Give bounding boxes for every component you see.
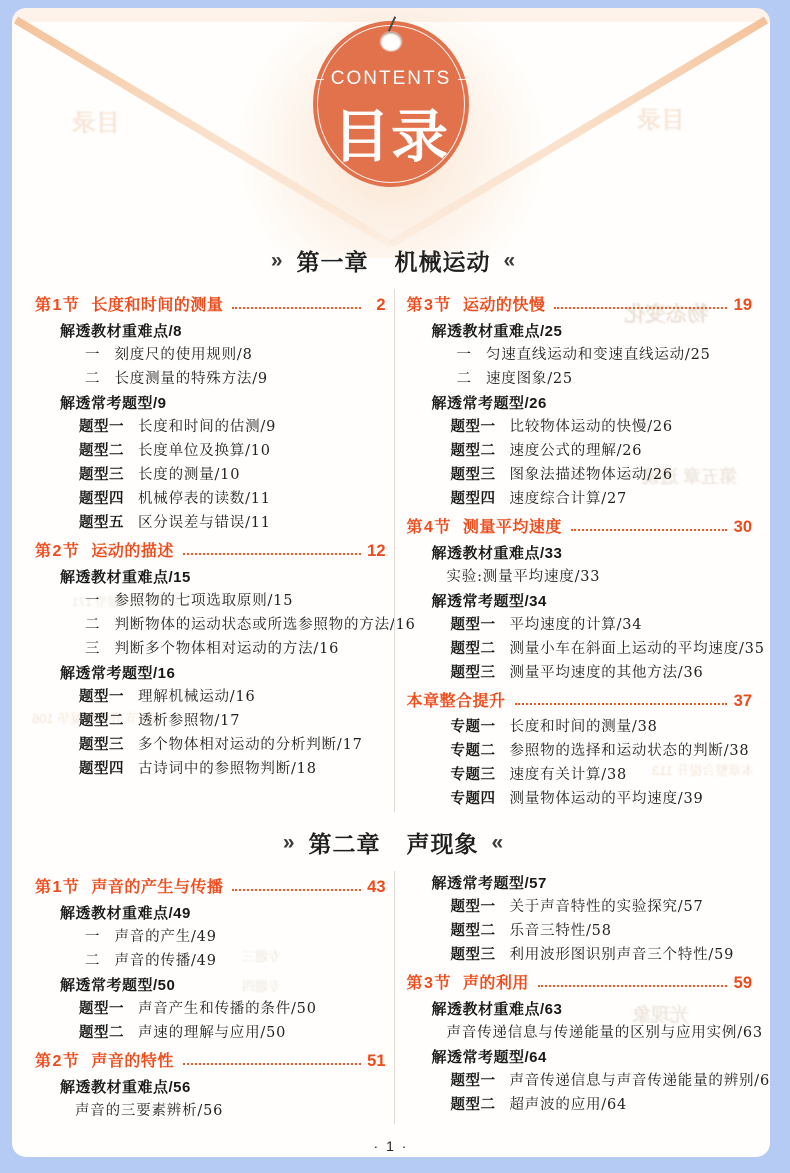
section-label: 第3节 xyxy=(407,294,452,317)
topic-text: 利用波形图识别声音三个特性/59 xyxy=(510,944,735,967)
topic-label: 题型二 xyxy=(451,920,496,943)
page-number: · 1 · xyxy=(12,1138,770,1154)
topic-label: 题型四 xyxy=(451,488,496,511)
section-label: 第1节 xyxy=(35,876,80,899)
section-title: 声音的产生与传播 xyxy=(91,876,223,899)
topic-label: 题型一 xyxy=(451,1070,496,1093)
guillemet-close-icon: « xyxy=(504,249,517,273)
topic-text: 速度公式的理解/26 xyxy=(510,440,643,463)
toc-entry: 一刻度尺的使用规则/8 xyxy=(35,344,386,367)
dotted-leader xyxy=(232,889,360,891)
chapter-name: 机械运动 xyxy=(395,244,491,277)
toc-entry: 题型二乐音三特性/58 xyxy=(407,920,753,943)
item-number: 三 xyxy=(85,638,100,661)
topic-text: 参照物的选择和运动状态的判断/38 xyxy=(510,740,750,763)
section-page-number: 59 xyxy=(732,972,752,995)
toc-entry: 二长度测量的特殊方法/9 xyxy=(35,368,386,391)
topic-label: 题型三 xyxy=(451,662,496,685)
topic-text: 长度的测量/10 xyxy=(138,464,240,487)
chapter-review-title: 本章整合提升 xyxy=(407,690,506,713)
item-text: 速度图象/25 xyxy=(486,368,573,391)
topic-text: 理解机械运动/16 xyxy=(138,686,256,709)
subheading-text: 解透常考题型/64 xyxy=(432,1046,547,1069)
item-text: 声音的传播/49 xyxy=(115,950,217,973)
subheading-text: 解透教材重难点/8 xyxy=(60,320,182,343)
toc-entry: 一声音的产生/49 xyxy=(35,926,386,949)
toc-entry: 本章整合提升37 xyxy=(407,690,753,713)
contents-text: CONTENTS xyxy=(331,68,452,90)
topic-text: 比较物体运动的快慢/26 xyxy=(510,416,673,439)
topic-label: 题型三 xyxy=(451,944,496,967)
toc-entry: 第3节运动的快慢19 xyxy=(407,294,753,317)
section-label: 第3节 xyxy=(407,972,452,995)
toc-entry: 解透常考题型/57 xyxy=(407,872,753,895)
subheading-text: 解透教材重难点/25 xyxy=(432,320,563,343)
toc-entry: 解透教材重难点/63 xyxy=(407,998,753,1021)
toc-entry: 专题四测量物体运动的平均速度/39 xyxy=(407,788,753,811)
contents-tag: CONTENTS 目录 xyxy=(313,21,469,187)
toc-entry: 题型二速度公式的理解/26 xyxy=(407,440,753,463)
toc-entry: 解透常考题型/34 xyxy=(407,590,753,613)
guillemet-open-icon: » xyxy=(283,831,296,855)
toc-column-left: 第1节声音的产生与传播43解透教材重难点/49一声音的产生/49二声音的传播/4… xyxy=(35,871,394,1124)
toc-entry: 解透常考题型/50 xyxy=(35,974,386,997)
dotted-leader xyxy=(183,553,361,555)
topic-label: 题型三 xyxy=(79,464,124,487)
toc-entry: 题型四机械停表的读数/11 xyxy=(35,488,386,511)
toc-entry: 声音的三要素辨析/56 xyxy=(35,1100,386,1123)
topic-text: 测量小车在斜面上运动的平均速度/35 xyxy=(510,638,765,661)
toc-entry: 题型一平均速度的计算/34 xyxy=(407,614,753,637)
item-number: 二 xyxy=(85,368,100,391)
toc-entry: 解透教材重难点/25 xyxy=(407,320,753,343)
toc-title: 目录 xyxy=(313,91,469,173)
subheading-text: 解透常考题型/34 xyxy=(432,590,547,613)
toc-entry: 题型三测量平均速度的其他方法/36 xyxy=(407,662,753,685)
toc-entry: 解透教材重难点/15 xyxy=(35,566,386,589)
toc-entry: 第1节长度和时间的测量2 xyxy=(35,294,386,317)
decorative-line xyxy=(458,79,469,80)
toc-entry: 一参照物的七项选取原则/15 xyxy=(35,590,386,613)
chapter-name: 声现象 xyxy=(407,826,479,859)
item-number: 二 xyxy=(457,368,472,391)
chapter-columns: 第1节声音的产生与传播43解透教材重难点/49一声音的产生/49二声音的传播/4… xyxy=(35,871,752,1124)
toc-entry: 题型一声音传递信息与声音传递能量的辨别/64 xyxy=(407,1070,753,1093)
toc-entry: 解透教材重难点/8 xyxy=(35,320,386,343)
item-text: 判断多个物体相对运动的方法/16 xyxy=(115,638,340,661)
toc-entry: 题型三图象法描述物体运动/26 xyxy=(407,464,753,487)
toc-entry: 题型三多个物体相对运动的分析判断/17 xyxy=(35,734,386,757)
topic-text: 平均速度的计算/34 xyxy=(510,614,643,637)
toc-entry: 第4节测量平均速度30 xyxy=(407,516,753,539)
topic-label: 专题二 xyxy=(451,740,496,763)
chapter-heading: »第二章声现象« xyxy=(35,826,752,859)
subheading-text: 解透教材重难点/49 xyxy=(60,902,191,925)
toc-column-right: 解透常考题型/57题型一关于声音特性的实验探究/57题型二乐音三特性/58题型三… xyxy=(394,871,753,1124)
section-label: 第1节 xyxy=(35,294,80,317)
toc-entry: 第2节声音的特性51 xyxy=(35,1050,386,1073)
subheading-text: 解透教材重难点/63 xyxy=(432,998,563,1021)
guillemet-close-icon: « xyxy=(492,831,505,855)
topic-label: 题型一 xyxy=(79,998,124,1021)
subheading-text: 解透教材重难点/56 xyxy=(60,1076,191,1099)
contents-label: CONTENTS xyxy=(313,68,469,90)
topic-text: 乐音三特性/58 xyxy=(510,920,612,943)
item-text: 匀速直线运动和变速直线运动/25 xyxy=(486,344,711,367)
item-text: 实验:测量平均速度/33 xyxy=(447,566,601,589)
topic-label: 题型一 xyxy=(451,896,496,919)
item-number: 一 xyxy=(457,344,472,367)
toc-entry: 解透教材重难点/49 xyxy=(35,902,386,925)
topic-text: 声速的理解与应用/50 xyxy=(138,1022,286,1045)
dotted-leader xyxy=(538,985,727,987)
section-page-number: 51 xyxy=(366,1050,386,1073)
topic-label: 题型二 xyxy=(451,440,496,463)
item-number: 一 xyxy=(85,590,100,613)
topic-label: 题型二 xyxy=(79,440,124,463)
item-text: 长度测量的特殊方法/9 xyxy=(115,368,268,391)
toc-entry: 题型一关于声音特性的实验探究/57 xyxy=(407,896,753,919)
topic-text: 声音产生和传播的条件/50 xyxy=(138,998,317,1021)
topic-label: 专题三 xyxy=(451,764,496,787)
subheading-text: 解透常考题型/50 xyxy=(60,974,175,997)
toc-entry: 解透教材重难点/56 xyxy=(35,1076,386,1099)
toc-entry: 二判断物体的运动状态或所选参照物的方法/16 xyxy=(35,614,386,637)
section-title: 声的利用 xyxy=(463,972,529,995)
topic-label: 题型二 xyxy=(79,710,124,733)
toc-entry: 二速度图象/25 xyxy=(407,368,753,391)
topic-text: 长度和时间的测量/38 xyxy=(510,716,658,739)
topic-text: 超声波的应用/64 xyxy=(510,1094,628,1117)
topic-label: 题型二 xyxy=(451,638,496,661)
toc-entry: 声音传递信息与传递能量的区别与应用实例/63 xyxy=(407,1022,753,1045)
guillemet-open-icon: » xyxy=(271,249,284,273)
toc-entry: 题型五区分误差与错误/11 xyxy=(35,512,386,535)
topic-text: 机械停表的读数/11 xyxy=(138,488,271,511)
topic-label: 题型三 xyxy=(79,734,124,757)
topic-label: 题型五 xyxy=(79,512,124,535)
scanned-book-page: { "colors": { "accent_orange": "#ee4a1a"… xyxy=(0,0,790,1173)
dotted-leader xyxy=(183,1063,361,1065)
topic-label: 题型二 xyxy=(79,1022,124,1045)
section-page-number: 12 xyxy=(366,540,386,563)
section-title: 测量平均速度 xyxy=(463,516,562,539)
toc-entry: 三判断多个物体相对运动的方法/16 xyxy=(35,638,386,661)
toc-column-right: 第3节运动的快慢19解透教材重难点/25一匀速直线运动和变速直线运动/25二速度… xyxy=(394,289,753,812)
toc-entry: 题型二测量小车在斜面上运动的平均速度/35 xyxy=(407,638,753,661)
item-number: 二 xyxy=(85,950,100,973)
topic-text: 长度和时间的估测/9 xyxy=(138,416,276,439)
section-title: 长度和时间的测量 xyxy=(91,294,223,317)
toc-page: 目录目录物态变化第4节 升华和凝华 106本章整合提升 113第五章 透镜专题三… xyxy=(12,8,770,1157)
dotted-leader xyxy=(554,307,727,309)
topic-label: 题型四 xyxy=(79,488,124,511)
toc-entry: 题型二声速的理解与应用/50 xyxy=(35,1022,386,1045)
topic-label: 专题一 xyxy=(451,716,496,739)
section-label: 第2节 xyxy=(35,540,80,563)
item-number: 二 xyxy=(85,614,100,637)
section-label: 第2节 xyxy=(35,1050,80,1073)
topic-text: 测量平均速度的其他方法/36 xyxy=(510,662,704,685)
toc-entry: 题型一理解机械运动/16 xyxy=(35,686,386,709)
topic-text: 透析参照物/17 xyxy=(138,710,240,733)
dotted-leader xyxy=(232,307,360,309)
tag-hole-icon xyxy=(381,32,402,51)
toc-entry: 题型三利用波形图识别声音三个特性/59 xyxy=(407,944,753,967)
chapter-number: 第一章 xyxy=(297,244,369,277)
toc-entry: 题型三长度的测量/10 xyxy=(35,464,386,487)
section-title: 运动的快慢 xyxy=(463,294,546,317)
topic-text: 长度单位及换算/10 xyxy=(138,440,271,463)
item-number: 一 xyxy=(85,926,100,949)
toc-entry: 解透教材重难点/33 xyxy=(407,542,753,565)
item-text: 判断物体的运动状态或所选参照物的方法/16 xyxy=(115,614,416,637)
toc-entry: 题型二长度单位及换算/10 xyxy=(35,440,386,463)
toc-entry: 解透常考题型/16 xyxy=(35,662,386,685)
topic-text: 多个物体相对运动的分析判断/17 xyxy=(138,734,363,757)
toc-entry: 解透常考题型/26 xyxy=(407,392,753,415)
chapter-2: »第二章声现象«第1节声音的产生与传播43解透教材重难点/49一声音的产生/49… xyxy=(35,826,752,1124)
chapter-number: 第二章 xyxy=(309,826,381,859)
dotted-leader xyxy=(571,529,727,531)
toc-entry: 专题三速度有关计算/38 xyxy=(407,764,753,787)
toc-entry: 题型四速度综合计算/27 xyxy=(407,488,753,511)
item-text: 声音的三要素辨析/56 xyxy=(75,1100,223,1123)
toc-entry: 第2节运动的描述12 xyxy=(35,540,386,563)
topic-label: 题型一 xyxy=(451,614,496,637)
topic-text: 速度有关计算/38 xyxy=(510,764,628,787)
toc-entry: 二声音的传播/49 xyxy=(35,950,386,973)
item-text: 声音传递信息与传递能量的区别与应用实例/63 xyxy=(447,1022,763,1045)
section-page-number: 43 xyxy=(366,876,386,899)
section-page-number: 37 xyxy=(732,690,752,713)
topic-text: 关于声音特性的实验探究/57 xyxy=(510,896,704,919)
item-number: 一 xyxy=(85,344,100,367)
subheading-text: 解透教材重难点/15 xyxy=(60,566,191,589)
toc-entry: 题型一比较物体运动的快慢/26 xyxy=(407,416,753,439)
topic-text: 测量物体运动的平均速度/39 xyxy=(510,788,704,811)
toc-entry: 专题二参照物的选择和运动状态的判断/38 xyxy=(407,740,753,763)
section-title: 声音的特性 xyxy=(91,1050,174,1073)
toc-entry: 解透常考题型/9 xyxy=(35,392,386,415)
topic-text: 区分误差与错误/11 xyxy=(138,512,271,535)
topic-text: 图象法描述物体运动/26 xyxy=(510,464,673,487)
toc-entry: 题型二超声波的应用/64 xyxy=(407,1094,753,1117)
section-page-number: 19 xyxy=(732,294,752,317)
toc-entry: 实验:测量平均速度/33 xyxy=(407,566,753,589)
topic-label: 题型一 xyxy=(451,416,496,439)
section-label: 第4节 xyxy=(407,516,452,539)
toc-entry: 题型一长度和时间的估测/9 xyxy=(35,416,386,439)
item-text: 参照物的七项选取原则/15 xyxy=(115,590,294,613)
toc-entry: 一匀速直线运动和变速直线运动/25 xyxy=(407,344,753,367)
toc-entry: 题型二透析参照物/17 xyxy=(35,710,386,733)
toc-entry: 第1节声音的产生与传播43 xyxy=(35,876,386,899)
toc-entry: 第3节声的利用59 xyxy=(407,972,753,995)
subheading-text: 解透常考题型/26 xyxy=(432,392,547,415)
topic-text: 声音传递信息与声音传递能量的辨别/64 xyxy=(510,1070,771,1093)
topic-label: 题型四 xyxy=(79,758,124,781)
toc-entry: 解透常考题型/64 xyxy=(407,1046,753,1069)
topic-label: 专题四 xyxy=(451,788,496,811)
section-page-number: 30 xyxy=(732,516,752,539)
toc-entry: 题型四古诗词中的参照物判断/18 xyxy=(35,758,386,781)
topic-label: 题型二 xyxy=(451,1094,496,1117)
chapter-columns: 第1节长度和时间的测量2解透教材重难点/8一刻度尺的使用规则/8二长度测量的特殊… xyxy=(35,289,752,812)
topic-text: 速度综合计算/27 xyxy=(510,488,628,511)
topic-label: 题型一 xyxy=(79,416,124,439)
chapter-heading: »第一章机械运动« xyxy=(35,244,752,277)
topic-label: 题型一 xyxy=(79,686,124,709)
section-page-number: 2 xyxy=(366,294,386,317)
subheading-text: 解透常考题型/57 xyxy=(432,872,547,895)
chapter-1: »第一章机械运动«第1节长度和时间的测量2解透教材重难点/8一刻度尺的使用规则/… xyxy=(35,244,752,812)
subheading-text: 解透常考题型/9 xyxy=(60,392,167,415)
item-text: 声音的产生/49 xyxy=(115,926,217,949)
topic-text: 古诗词中的参照物判断/18 xyxy=(138,758,317,781)
toc-column-left: 第1节长度和时间的测量2解透教材重难点/8一刻度尺的使用规则/8二长度测量的特殊… xyxy=(35,289,394,812)
section-title: 运动的描述 xyxy=(91,540,174,563)
toc-entry: 专题一长度和时间的测量/38 xyxy=(407,716,753,739)
topic-label: 题型三 xyxy=(451,464,496,487)
subheading-text: 解透教材重难点/33 xyxy=(432,542,563,565)
decorative-line xyxy=(313,79,324,80)
subheading-text: 解透常考题型/16 xyxy=(60,662,175,685)
toc-entry: 题型一声音产生和传播的条件/50 xyxy=(35,998,386,1021)
item-text: 刻度尺的使用规则/8 xyxy=(115,344,253,367)
dotted-leader xyxy=(515,703,727,705)
